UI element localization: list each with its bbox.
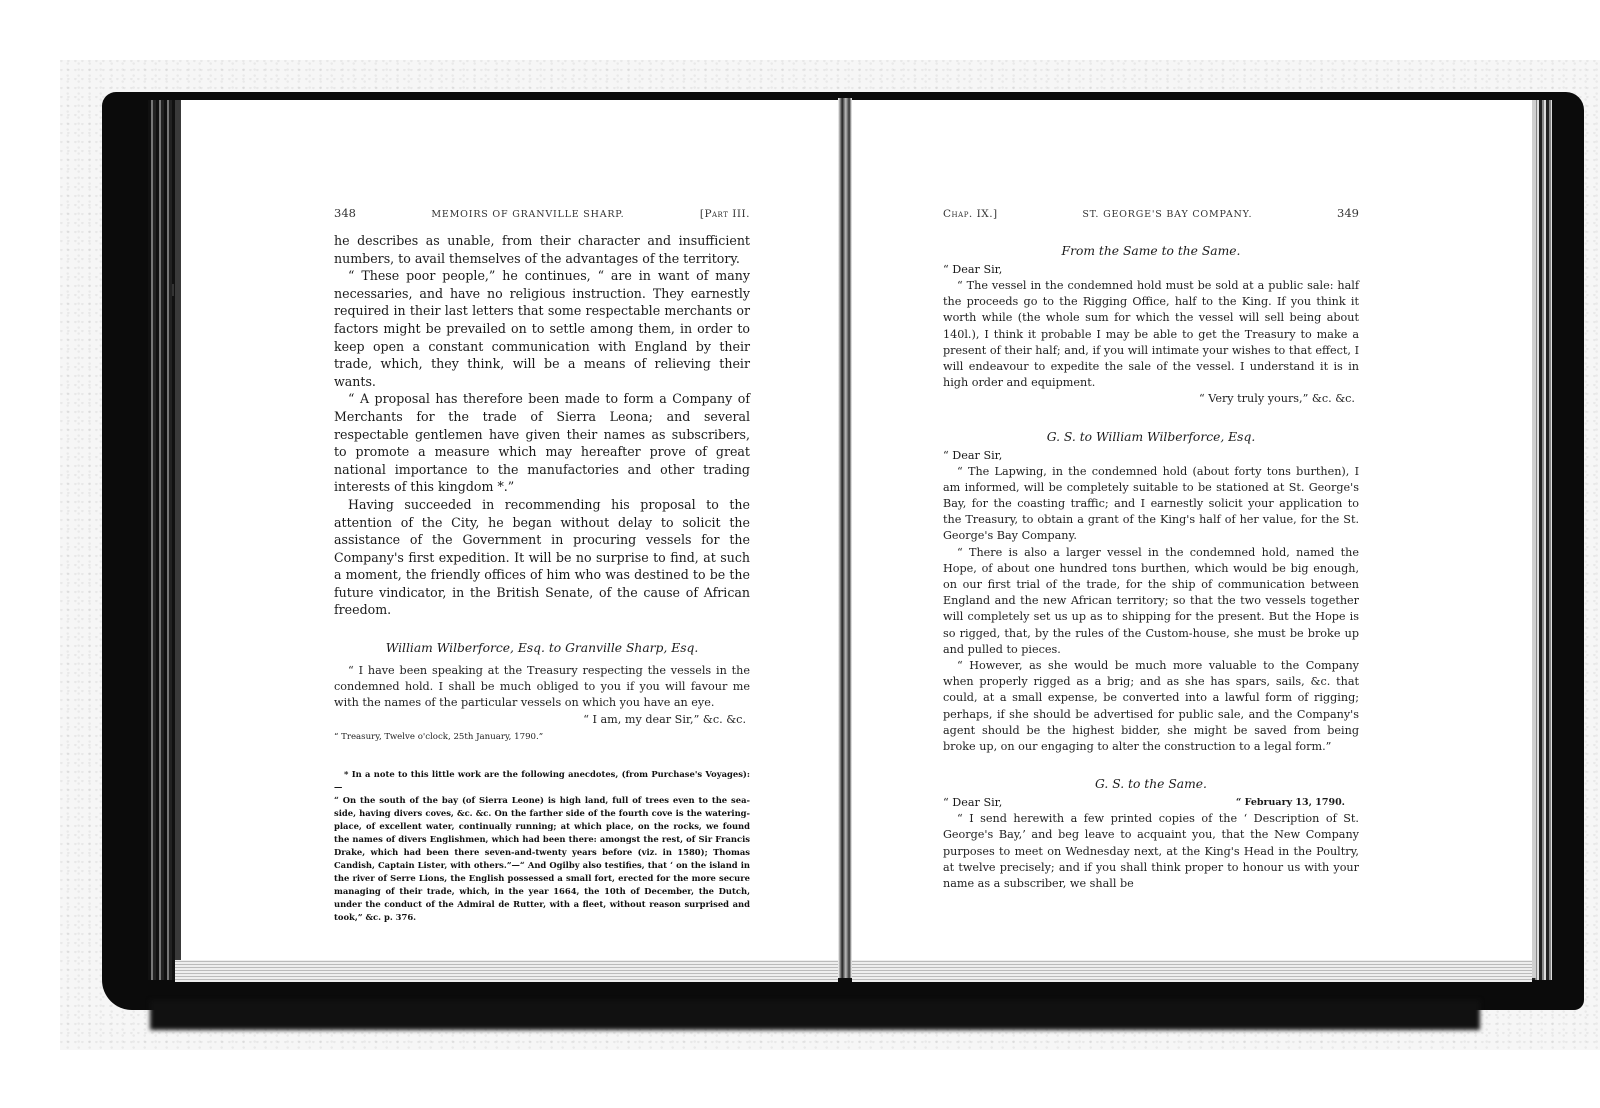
letter-heading: From the Same to the Same. <box>943 244 1359 258</box>
letter-date: “ February 13, 1790. <box>1236 795 1359 811</box>
part-label: [Part III. <box>700 208 750 220</box>
page-edge-bottom-left <box>175 960 838 982</box>
left-running-head: 348 MEMOIRS OF GRANVILLE SHARP. [Part II… <box>334 206 750 220</box>
letter: “ Dear Sir, “ February 13, 1790. “ I sen… <box>943 795 1359 892</box>
book-gutter <box>838 98 852 978</box>
right-page-text: Chap. IX.] ST. GEORGE'S BAY COMPANY. 349… <box>943 206 1359 892</box>
letter-closing: “ I am, my dear Sir,” &c. &c. <box>334 712 750 728</box>
paragraph: Having succeeded in recommending his pro… <box>334 496 750 619</box>
paragraph: he describes as unable, from their chara… <box>334 232 750 267</box>
letter: “ Dear Sir, “ The vessel in the condemne… <box>943 262 1359 408</box>
page-edge-bottom-right <box>852 960 1532 982</box>
margin-mark <box>172 284 174 296</box>
paragraph: “ A proposal has therefore been made to … <box>334 390 750 496</box>
page-number: 349 <box>1337 206 1359 220</box>
letter-salutation: “ Dear Sir, <box>943 795 1002 811</box>
letter-paragraph: “ The Lapwing, in the condemned hold (ab… <box>943 464 1359 545</box>
letter-dateline: “ Treasury, Twelve o'clock, 25th January… <box>334 732 750 742</box>
letter-body: “ I have been speaking at the Treasury r… <box>334 663 750 712</box>
letter-paragraph: “ The vessel in the condemned hold must … <box>943 278 1359 391</box>
footnote: * In a note to this little work are the … <box>334 768 750 924</box>
letter-salutation: “ Dear Sir, <box>943 262 1002 278</box>
letter-paragraph: “ I send herewith a few printed copies o… <box>943 811 1359 892</box>
footnote-text: “ On the south of the bay (of Sierra Leo… <box>334 794 750 924</box>
left-page-text: 348 MEMOIRS OF GRANVILLE SHARP. [Part II… <box>334 206 750 924</box>
running-title: ST. GEORGE'S BAY COMPANY. <box>1082 209 1252 220</box>
letter: “ Dear Sir, “ The Lapwing, in the condem… <box>943 448 1359 756</box>
letter: “ I have been speaking at the Treasury r… <box>334 663 750 742</box>
letter-paragraph: “ However, as she would be much more val… <box>943 658 1359 755</box>
letter-heading: G. S. to William Wilberforce, Esq. <box>943 430 1359 444</box>
letter-heading: G. S. to the Same. <box>943 777 1359 791</box>
footnote-intro: * In a note to this little work are the … <box>334 768 750 794</box>
running-title: MEMOIRS OF GRANVILLE SHARP. <box>431 209 624 220</box>
page-number: 348 <box>334 206 356 220</box>
page-stack-left <box>148 100 178 980</box>
letter-salutation: “ Dear Sir, <box>943 448 1002 464</box>
book-cover-bottom-edge <box>150 1000 1480 1030</box>
chapter-label: Chap. IX.] <box>943 208 998 220</box>
right-running-head: Chap. IX.] ST. GEORGE'S BAY COMPANY. 349 <box>943 206 1359 220</box>
letter-paragraph: “ There is also a larger vessel in the c… <box>943 545 1359 658</box>
letter-closing: “ Very truly yours,” &c. &c. <box>943 391 1359 407</box>
left-body: he describes as unable, from their chara… <box>334 232 750 619</box>
paragraph: “ These poor people,” he continues, “ ar… <box>334 267 750 390</box>
letter-heading: William Wilberforce, Esq. to Granville S… <box>334 641 750 655</box>
